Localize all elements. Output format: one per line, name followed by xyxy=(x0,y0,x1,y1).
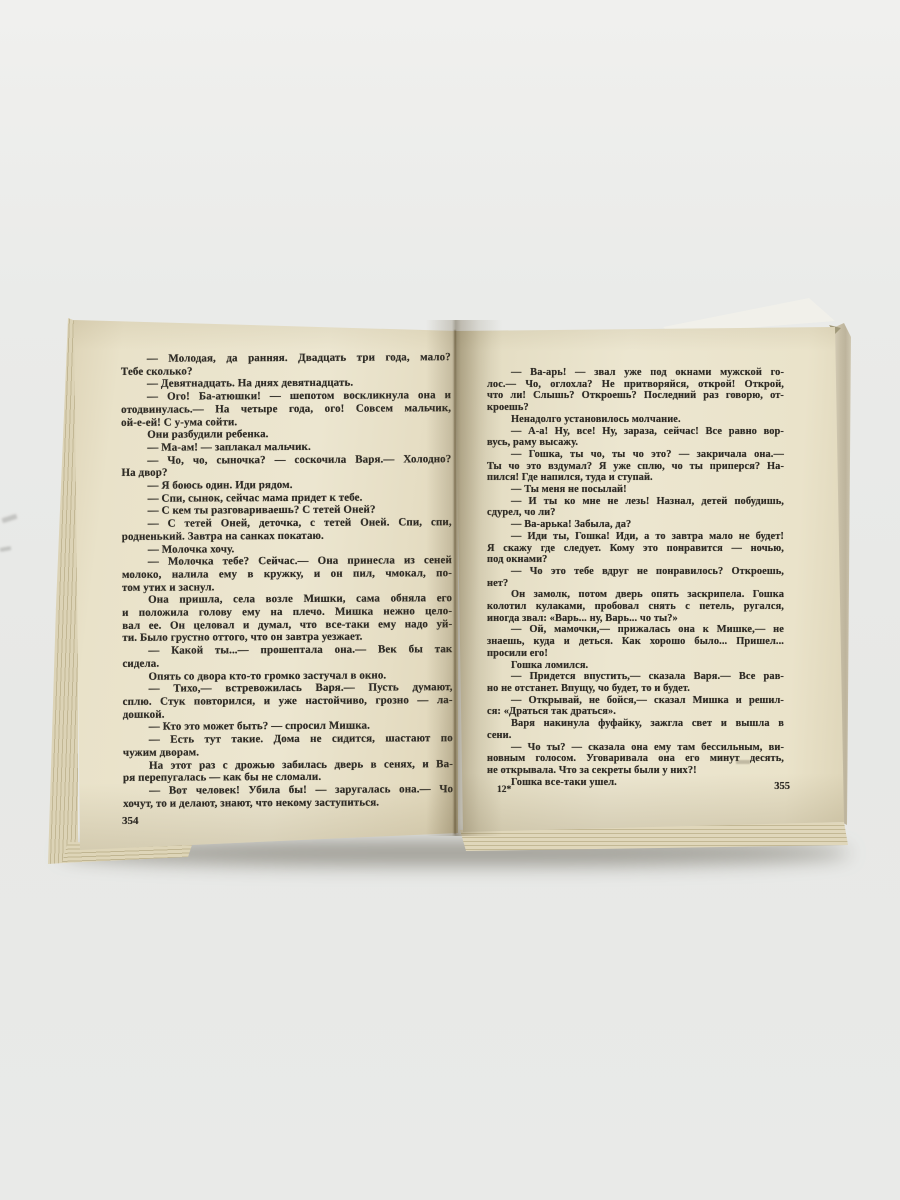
text-line: — Какой ты...— прошептала она.— Век бы т… xyxy=(122,643,452,657)
left-page-text: — Молодая, да ранняя. Двадцать три года,… xyxy=(121,351,453,810)
text-line: — Чо, чо, сыночка? — соскочила Варя.— Хо… xyxy=(121,453,451,467)
background-smudge xyxy=(0,546,11,552)
text-line: молоко, налила ему в кружку, и он пил, ч… xyxy=(122,567,452,581)
right-page-number: 355 xyxy=(754,781,790,792)
text-line: не открывала. Что за секреты были у них?… xyxy=(487,765,784,777)
text-line: — Иди ты, Гошка! Иди, а то завтра мало н… xyxy=(487,531,784,543)
text-line: — Открывай, не бойся,— сказал Мишка и ре… xyxy=(487,695,784,707)
text-line: — И ты ко мне не лезь! Назнал, детей поб… xyxy=(487,496,784,508)
text-line: нет? xyxy=(487,578,784,590)
left-page-number: 354 xyxy=(122,815,139,827)
text-line: вусь, раму высажу. xyxy=(487,437,784,449)
text-line: знаешь, куда и деться. Как хорошо было..… xyxy=(487,636,784,648)
text-line: но не отстанет. Впущу, чо будет, то и бу… xyxy=(487,683,784,695)
text-line: — Вот человек! Убила бы! — заругалась он… xyxy=(123,783,453,797)
text-line: — Ты меня не посылай! xyxy=(487,484,784,496)
signature-mark: 12* xyxy=(497,785,511,795)
text-line: сплю. Стук повторился, и уже настойчиво,… xyxy=(123,694,453,708)
text-line: хочут, то и делают, знают, что некому за… xyxy=(123,796,453,810)
photo-background: — Молодая, да ранняя. Двадцать три года,… xyxy=(0,0,900,1200)
print-smudge xyxy=(736,760,750,764)
text-line: На этот раз с дрожью забилась дверь в се… xyxy=(123,758,453,772)
text-line: иногда звал: «Варь... ну, Варь... чо ты?… xyxy=(487,613,784,625)
text-line: что ли! Слышь? Откроешь? Последний раз г… xyxy=(487,390,784,402)
text-line: — Молодая, да ранняя. Двадцать три года,… xyxy=(121,351,451,365)
text-line: — Гошка, ты чо, ты чо это? — закричала о… xyxy=(487,449,784,461)
text-line: просили его! xyxy=(487,648,784,660)
text-line: колотил кулаками, пробовал снять с петел… xyxy=(487,601,784,613)
text-line: сени. xyxy=(487,730,784,742)
text-line: — Есть тут такие. Дома не сидится, шаста… xyxy=(123,732,453,746)
right-page: — Ва-арь! — звал уже под окнами мужской … xyxy=(455,320,850,835)
text-line: Гошка все-таки ушел. xyxy=(487,777,784,789)
text-line: Гошка ломился. xyxy=(487,660,784,672)
text-line: — Ва-арь! — звал уже под окнами мужской … xyxy=(487,367,784,379)
text-line: — С тетей Оней, деточка, с тетей Оней. С… xyxy=(122,516,452,530)
text-line: Я скажу где следует. Кому это понравится… xyxy=(487,543,784,555)
text-line: Он замолк, потом дверь опять заскрипела.… xyxy=(487,589,784,601)
text-line: кроешь? xyxy=(487,402,784,414)
text-line: вал ее. Он целовал и думал, что все-таки… xyxy=(122,618,452,632)
text-line: пился! Где напился, туда и ступай. xyxy=(487,472,784,484)
book-gutter-line xyxy=(454,330,456,834)
right-page-text: — Ва-арь! — звал уже под окнами мужской … xyxy=(487,367,784,788)
text-line: сдурел, чо ли? xyxy=(487,507,784,519)
text-line: ся: «Драться так драться». xyxy=(487,706,784,718)
text-line: — Ва-арька! Забыла, да? xyxy=(487,519,784,531)
background-smudge xyxy=(2,514,18,523)
text-line: лос.— Чо, оглохла? Не притворяйся, откро… xyxy=(487,379,784,391)
text-line: — Придется впустить,— сказала Варя.— Все… xyxy=(487,671,784,683)
text-line: Варя накинула фуфайку, зажгла свет и выш… xyxy=(487,718,784,730)
text-line: Ненадолго установилось молчание. xyxy=(487,414,784,426)
left-page-stack-edge xyxy=(42,316,78,864)
text-line: — А-а! Ну, все! Ну, зараза, сейчас! Все … xyxy=(487,426,784,438)
text-line: — Ой, мамочки,— прижалась она к Мишке,— … xyxy=(487,624,784,636)
text-line: Ты чо это вздумал? Я уже сплю, чо ты при… xyxy=(487,461,784,473)
text-line: отодвинулась.— На четыре года, ого! Совс… xyxy=(121,402,451,416)
text-line: — Чо это тебе вдруг не понравилось? Откр… xyxy=(487,566,784,578)
text-line: — Чо ты? — сказала она ему там бессильны… xyxy=(487,742,784,754)
left-page: — Молодая, да ранняя. Двадцать три года,… xyxy=(66,312,458,860)
text-line: под окнами? xyxy=(487,554,784,566)
